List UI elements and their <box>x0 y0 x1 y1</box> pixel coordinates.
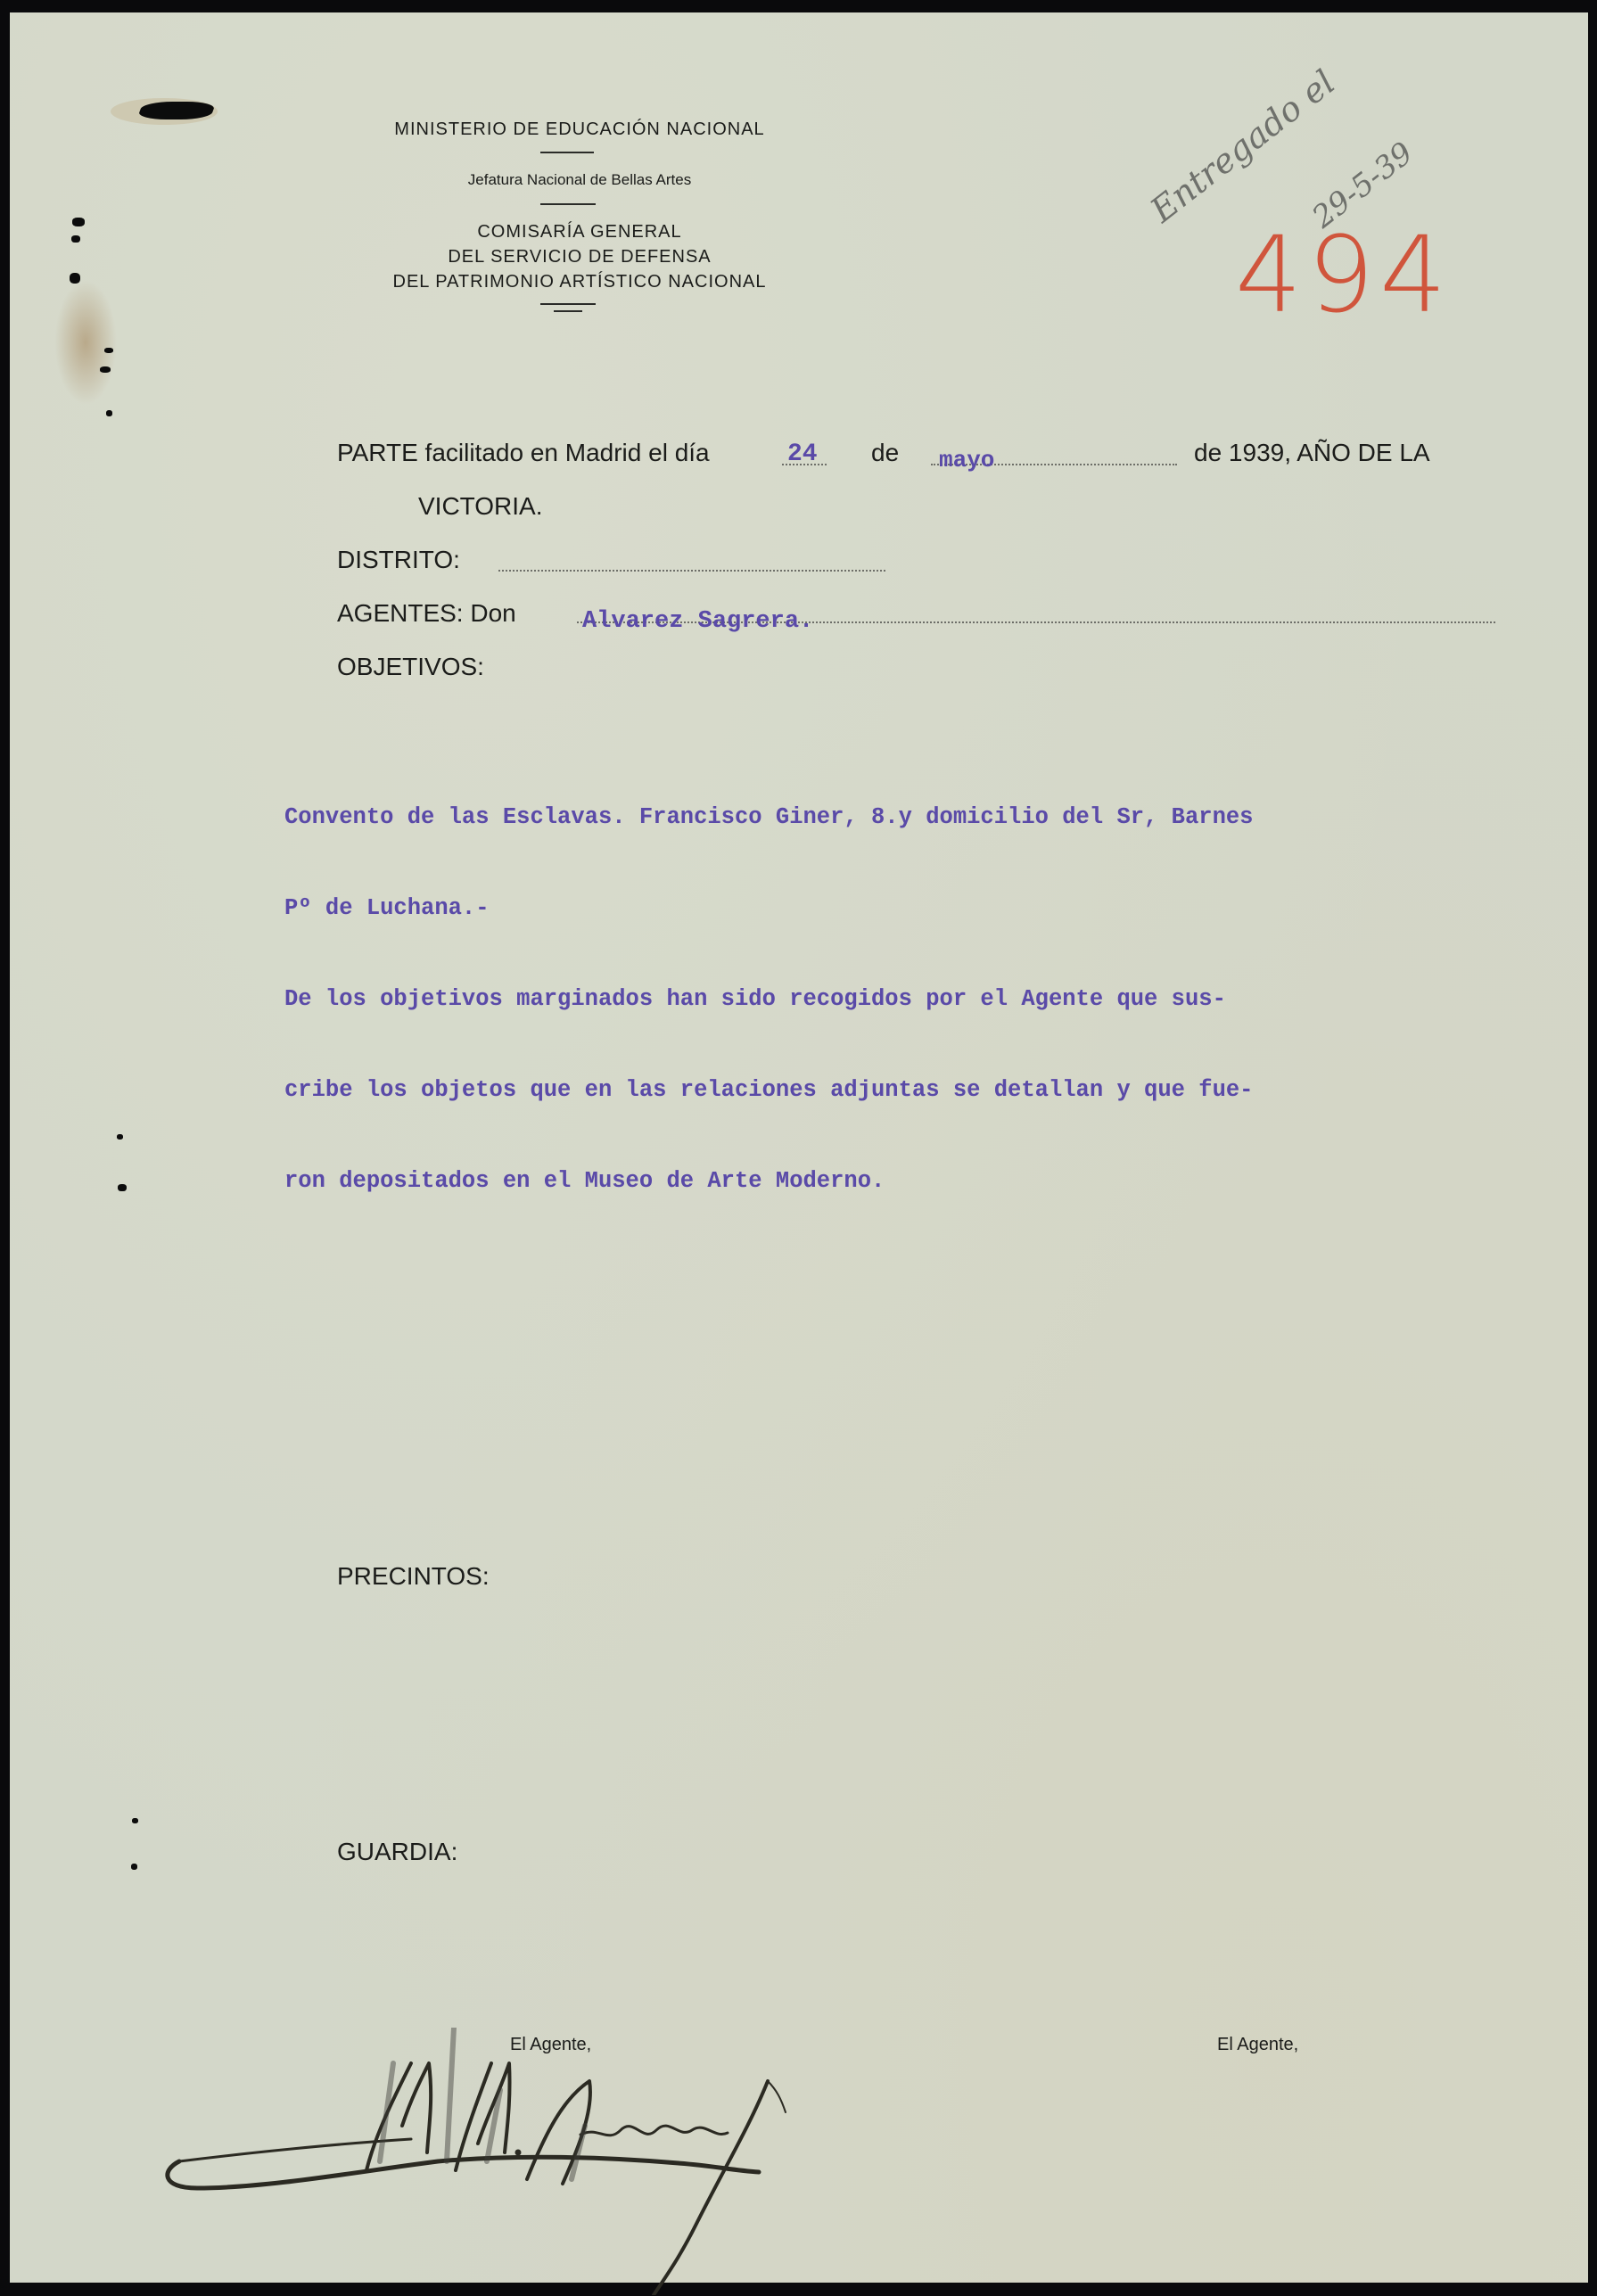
staple-hole <box>70 273 80 284</box>
year-suffix: de 1939, AÑO DE LA <box>1194 439 1430 467</box>
distrito-field-line <box>498 570 885 572</box>
punch-hole <box>132 1818 138 1823</box>
staple-hole <box>71 235 80 243</box>
guardia-label: GUARDIA: <box>337 1838 457 1866</box>
body-line: Convento de las Esclavas. Francisco Gine… <box>284 802 1253 833</box>
rust-stain <box>54 280 117 405</box>
agentes-value: Alvarez Sagrera. <box>582 608 813 635</box>
commission-line-1: COMISARÍA GENERAL <box>312 219 847 244</box>
punch-hole <box>131 1864 137 1870</box>
objetivos-body: Convento de las Esclavas. Francisco Gine… <box>284 742 1253 1257</box>
agentes-label: AGENTES: Don <box>337 599 516 628</box>
body-line: De los objetivos marginados han sido rec… <box>284 984 1253 1015</box>
document-page: MINISTERIO DE EDUCACIÓN NACIONAL Jefatur… <box>10 12 1588 2283</box>
divider <box>540 203 596 205</box>
day-value: 24 <box>787 440 818 468</box>
commission-line-2: DEL SERVICIO DE DEFENSA <box>312 244 847 269</box>
ministry-heading: MINISTERIO DE EDUCACIÓN NACIONAL <box>312 119 847 140</box>
punch-hole <box>117 1134 123 1140</box>
divider <box>540 303 596 305</box>
archive-number: 494 <box>1235 213 1452 336</box>
precintos-label: PRECINTOS: <box>337 1562 490 1591</box>
commission-line-3: DEL PATRIMONIO ARTÍSTICO NACIONAL <box>312 269 847 294</box>
objetivos-label: OBJETIVOS: <box>337 653 484 681</box>
body-line: ron depositados en el Museo de Arte Mode… <box>284 1166 1253 1197</box>
department-heading: Jefatura Nacional de Bellas Artes <box>312 171 847 189</box>
divider <box>554 310 582 312</box>
victoria-line: VICTORIA. <box>418 492 543 521</box>
punch-hole <box>118 1184 127 1191</box>
body-line: cribe los objetos que en las relaciones … <box>284 1075 1253 1106</box>
staple-hole <box>72 218 85 226</box>
de-label: de <box>871 439 899 467</box>
divider <box>540 152 594 153</box>
staple-hole <box>104 348 113 353</box>
month-value: mayo <box>939 447 994 473</box>
parte-line-prefix: PARTE facilitado en Madrid el día <box>337 439 710 467</box>
paper-tear <box>136 102 216 119</box>
handwritten-signature <box>144 2028 946 2295</box>
staple-hole <box>100 366 111 373</box>
staple-hole <box>106 410 112 416</box>
agent-label-right: El Agente, <box>1217 2035 1298 2055</box>
distrito-label: DISTRITO: <box>337 546 460 574</box>
body-line: Pº de Luchana.- <box>284 893 1253 924</box>
commission-heading: COMISARÍA GENERAL DEL SERVICIO DE DEFENS… <box>312 219 847 294</box>
